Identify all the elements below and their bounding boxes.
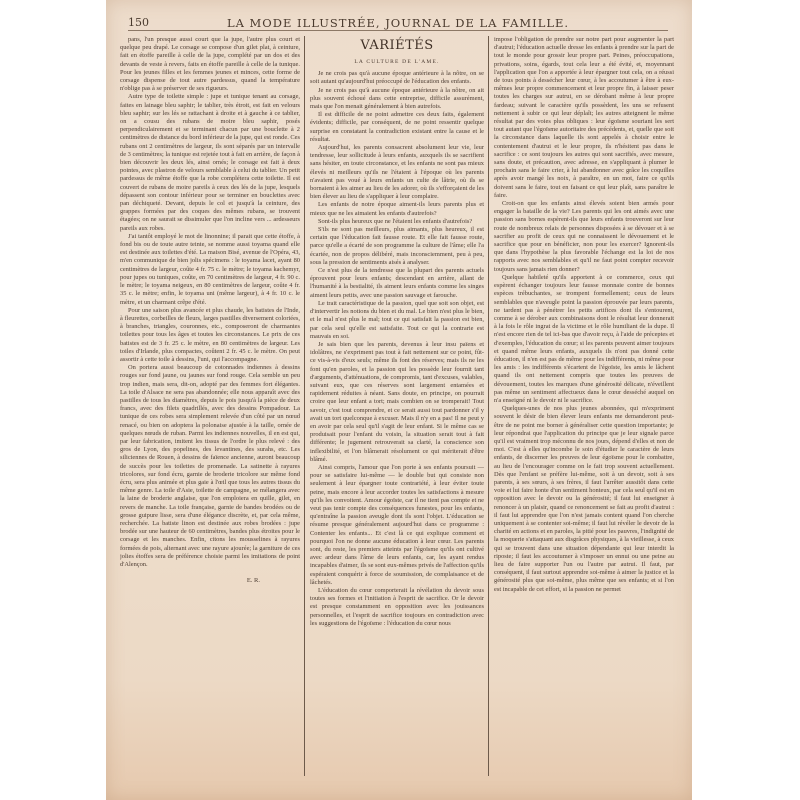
article-subtitle: LA CULTURE DE L'AME. bbox=[310, 58, 484, 66]
article-title: VARIÉTÉS bbox=[310, 38, 484, 54]
paragraph: Le trait caractéristique de la passion, … bbox=[310, 300, 484, 341]
column-divider bbox=[304, 36, 305, 776]
right-column: impose l'obligation de prendre sur notre… bbox=[494, 36, 674, 786]
author-signature: E. R. bbox=[120, 577, 300, 585]
paragraph: Pour une saison plus avancée et plus cha… bbox=[120, 307, 300, 364]
paragraph: Quelques-unes de nos plus jeunes abonnée… bbox=[494, 405, 674, 594]
paragraph: Quelque habileté qu'ils apportent à ce c… bbox=[494, 274, 674, 405]
paragraph: Je ne crois pas qu'à aucune époque antér… bbox=[310, 87, 484, 112]
middle-column: VARIÉTÉS LA CULTURE DE L'AME. Je ne croi… bbox=[310, 36, 484, 786]
paragraph: Autre type de toilette simple : jupe et … bbox=[120, 93, 300, 232]
paragraph: pans, l'un presque aussi court que la ju… bbox=[120, 36, 300, 93]
header-divider bbox=[128, 30, 668, 31]
magazine-page: 150 LA MODE ILLUSTRÉE, JOURNAL DE LA FAM… bbox=[106, 0, 692, 800]
paragraph: Ainsi compris, l'amour que l'on porte à … bbox=[310, 464, 484, 587]
paragraph: J'ai tantôt employé le mot de linonnine;… bbox=[120, 233, 300, 307]
paragraph: Aujourd'hui, les parents consacrent abso… bbox=[310, 144, 484, 201]
paragraph: Sont-ils plus heureux que ne l'étaient l… bbox=[310, 218, 484, 226]
paragraph: S'ils ne sont pas meilleurs, plus aimant… bbox=[310, 226, 484, 267]
column-divider bbox=[488, 36, 489, 776]
paragraph: On portera aussi beaucoup de cotonnades … bbox=[120, 364, 300, 569]
paragraph: L'éducation du cœur comporterait la révé… bbox=[310, 587, 484, 628]
page-header: 150 LA MODE ILLUSTRÉE, JOURNAL DE LA FAM… bbox=[128, 12, 668, 32]
paragraph: Les enfants de notre époque aiment-ils l… bbox=[310, 201, 484, 217]
paragraph: Ce n'est plus de la tendresse que la plu… bbox=[310, 267, 484, 300]
paragraph: Je ne crois pas qu'à aucune époque antér… bbox=[310, 70, 484, 86]
journal-title: LA MODE ILLUSTRÉE, JOURNAL DE LA FAMILLE… bbox=[128, 16, 668, 30]
paragraph: Il est difficile de ne point admettre ce… bbox=[310, 111, 484, 144]
paragraph: Croit-on que les enfants ainsi élevés so… bbox=[494, 200, 674, 274]
paragraph: Je sais bien que les parents, devenus à … bbox=[310, 341, 484, 464]
paragraph: impose l'obligation de prendre sur notre… bbox=[494, 36, 674, 200]
left-column: pans, l'un presque aussi court que la ju… bbox=[120, 36, 300, 786]
